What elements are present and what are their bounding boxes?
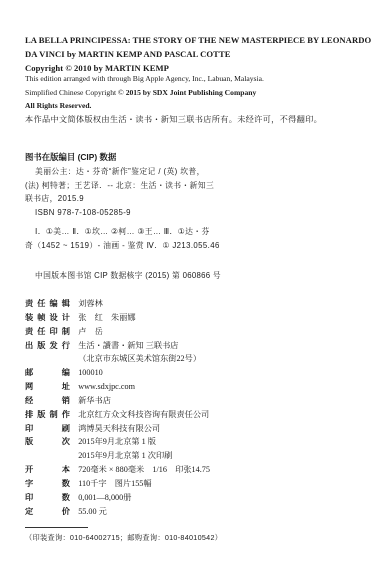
credit-label-char: 版	[37, 408, 45, 422]
credit-label: 定价	[25, 505, 70, 519]
chinese-rights-statement: 本作品中文简体版权由生活・读书・新知三联书店所有。未经许可，不得翻印。	[25, 113, 322, 127]
credit-label-char: 出	[25, 339, 33, 353]
credit-label-char: 排	[25, 408, 33, 422]
credit-value: 2015年9月北京第 1 次印刷	[78, 449, 172, 463]
credit-label-char: 编	[62, 366, 70, 380]
credit-label-char: 任	[37, 325, 45, 339]
credit-value: 110千字 图片155幅	[78, 477, 151, 491]
credit-label-char: 定	[25, 505, 33, 519]
credit-value: 新华书店	[78, 394, 111, 408]
credit-row: 印刷 鸿博昊天科技有限公司	[25, 422, 370, 436]
credit-value: 刘蓉林	[78, 297, 103, 311]
cip-classification-line-2: 奇（1452 ~ 1519）- 油画 - 鉴赏 Ⅳ．① J213.055.46	[25, 239, 255, 253]
cip-heading: 图书在版编目 (CIP) 数据	[25, 151, 116, 163]
credit-label-char: 作	[62, 408, 70, 422]
english-title-line-2: DA VINCI by MARTIN KEMP AND PASCAL COTTE	[25, 47, 370, 61]
credit-row: 邮编 100010	[25, 366, 370, 380]
credit-label-char: 开	[25, 463, 33, 477]
credit-label: 责任印制	[25, 325, 70, 339]
credit-value: www.sdxjpc.com	[78, 380, 135, 394]
credit-label-char: 字	[25, 477, 33, 491]
credit-row: （北京市东城区美术馆东街22号）	[25, 352, 370, 366]
credit-label-char: 制	[62, 325, 70, 339]
simplified-copyright-prefix: Simplified Chinese Copyright ©	[25, 88, 126, 97]
credit-label-char: 印	[25, 491, 33, 505]
credit-label-char: 印	[25, 422, 33, 436]
english-title-block: LA BELLA PRINCIPESSA: THE STORY OF THE N…	[25, 33, 370, 75]
credit-label: 印数	[25, 491, 70, 505]
credit-label-char: 责	[25, 297, 33, 311]
credit-value: 55.00 元	[78, 505, 107, 519]
credit-label-char: 编	[50, 297, 58, 311]
credit-label-char: 刷	[62, 422, 70, 436]
credit-row: 字数 110千字 图片155幅	[25, 477, 370, 491]
credit-value: 720毫米 × 880毫米 1/16 印张14.75	[78, 463, 210, 477]
credit-label-char: 行	[62, 339, 70, 353]
rights-reserved-line: All Rights Reserved.	[25, 99, 370, 113]
credit-value: 100010	[78, 366, 103, 380]
credit-row: 责任印制 卢 岳	[25, 325, 370, 339]
credit-label-char: 经	[25, 394, 33, 408]
credit-label: 版次	[25, 435, 70, 449]
credit-row: 开本 720毫米 × 880毫米 1/16 印张14.75	[25, 463, 370, 477]
credit-label: 印刷	[25, 422, 70, 436]
credit-value: 0,001—8,000册	[78, 491, 131, 505]
credit-label-char: 版	[25, 435, 33, 449]
credit-label-char: 数	[62, 491, 70, 505]
credit-row: 装帧设计 张 红 朱丽娜	[25, 311, 370, 325]
credit-label: 排版制作	[25, 408, 70, 422]
credit-label-char: 次	[62, 435, 70, 449]
credit-label-char: 销	[62, 394, 70, 408]
credit-label: 责任编辑	[25, 297, 70, 311]
credit-value: 卢 岳	[78, 325, 103, 339]
credit-value: 2015年9月北京第 1 版	[78, 435, 156, 449]
credit-label: 经销	[25, 394, 70, 408]
credit-row: 定价 55.00 元	[25, 505, 370, 519]
credit-label-char: 址	[62, 380, 70, 394]
cip-record-number: 中国版本图书馆 CIP 数据核字 (2015) 第 060866 号	[35, 270, 221, 281]
credit-label-char: 本	[62, 463, 70, 477]
cip-line-1: 美丽公主：达・芬奇“新作”鉴定记 / (英) 坎普，	[25, 165, 255, 179]
credit-label: 字数	[25, 477, 70, 491]
footer-divider	[25, 527, 88, 528]
contact-info: （印装查询：010-64002715；邮购查询：010-84010542）	[25, 533, 222, 543]
credit-label-char: 价	[62, 505, 70, 519]
credit-label-char: 印	[50, 325, 58, 339]
simplified-copyright-holder: 2015 by SDX Joint Publishing Company	[126, 88, 257, 97]
credit-label: 装帧设计	[25, 311, 70, 325]
credit-row: 网址 www.sdxjpc.com	[25, 380, 370, 394]
credit-label: 出版发行	[25, 339, 70, 353]
credit-label: 开本	[25, 463, 70, 477]
credit-row: 出版发行 生活・讀書・新知 三联书店	[25, 339, 370, 353]
credit-row: 2015年9月北京第 1 次印刷	[25, 449, 370, 463]
credit-label-char: 帧	[37, 311, 45, 325]
credit-row: 经销 新华书店	[25, 394, 370, 408]
cip-line-3: 联书店，2015.9	[25, 192, 255, 206]
credit-label-char: 装	[25, 311, 33, 325]
credit-label: 网址	[25, 380, 70, 394]
cip-classification-line-1: Ⅰ．①美… Ⅱ．①坎… ②柯… ③王… Ⅲ．①达・芬	[25, 225, 255, 239]
cip-line-2: (法) 柯特著；王艺译．-- 北京：生活・读书・新知三	[25, 179, 255, 193]
cip-isbn: ISBN 978-7-108-05285-9	[25, 206, 255, 220]
cip-data-block: 美丽公主：达・芬奇“新作”鉴定记 / (英) 坎普， (法) 柯特著；王艺译．-…	[25, 165, 255, 252]
simplified-chinese-copyright-line: Simplified Chinese Copyright © 2015 by S…	[25, 86, 370, 100]
credit-label-char: 制	[50, 408, 58, 422]
credit-row: 版次 2015年9月北京第 1 版	[25, 435, 370, 449]
credits-list: 责任编辑 刘蓉林装帧设计 张 红 朱丽娜责任印制 卢 岳出版发行 生活・讀書・新…	[25, 297, 370, 519]
credit-value: 北京红方众文科技咨询有限责任公司	[78, 408, 209, 422]
credit-label-char: 责	[25, 325, 33, 339]
credit-label-char: 设	[50, 311, 58, 325]
credit-row: 排版制作 北京红方众文科技咨询有限责任公司	[25, 408, 370, 422]
edition-arrangement-line: This edition arranged with through Big A…	[25, 72, 370, 86]
english-edition-block: This edition arranged with through Big A…	[25, 72, 370, 113]
credit-row: 责任编辑 刘蓉林	[25, 297, 370, 311]
credit-row: 印数 0,001—8,000册	[25, 491, 370, 505]
credit-label-char: 版	[37, 339, 45, 353]
credit-label-char: 网	[25, 380, 33, 394]
credit-value: （北京市东城区美术馆东街22号）	[78, 352, 201, 366]
credit-value: 张 红 朱丽娜	[78, 311, 135, 325]
credit-label-char: 邮	[25, 366, 33, 380]
credit-label-char: 辑	[62, 297, 70, 311]
credit-label-char: 任	[37, 297, 45, 311]
credit-label-char: 发	[50, 339, 58, 353]
credit-value: 鸿博昊天科技有限公司	[78, 422, 160, 436]
credit-value: 生活・讀書・新知 三联书店	[78, 339, 178, 353]
credit-label-char: 数	[62, 477, 70, 491]
credit-label-char: 计	[62, 311, 70, 325]
english-title-line-1: LA BELLA PRINCIPESSA: THE STORY OF THE N…	[25, 33, 370, 47]
credit-label: 邮编	[25, 366, 70, 380]
